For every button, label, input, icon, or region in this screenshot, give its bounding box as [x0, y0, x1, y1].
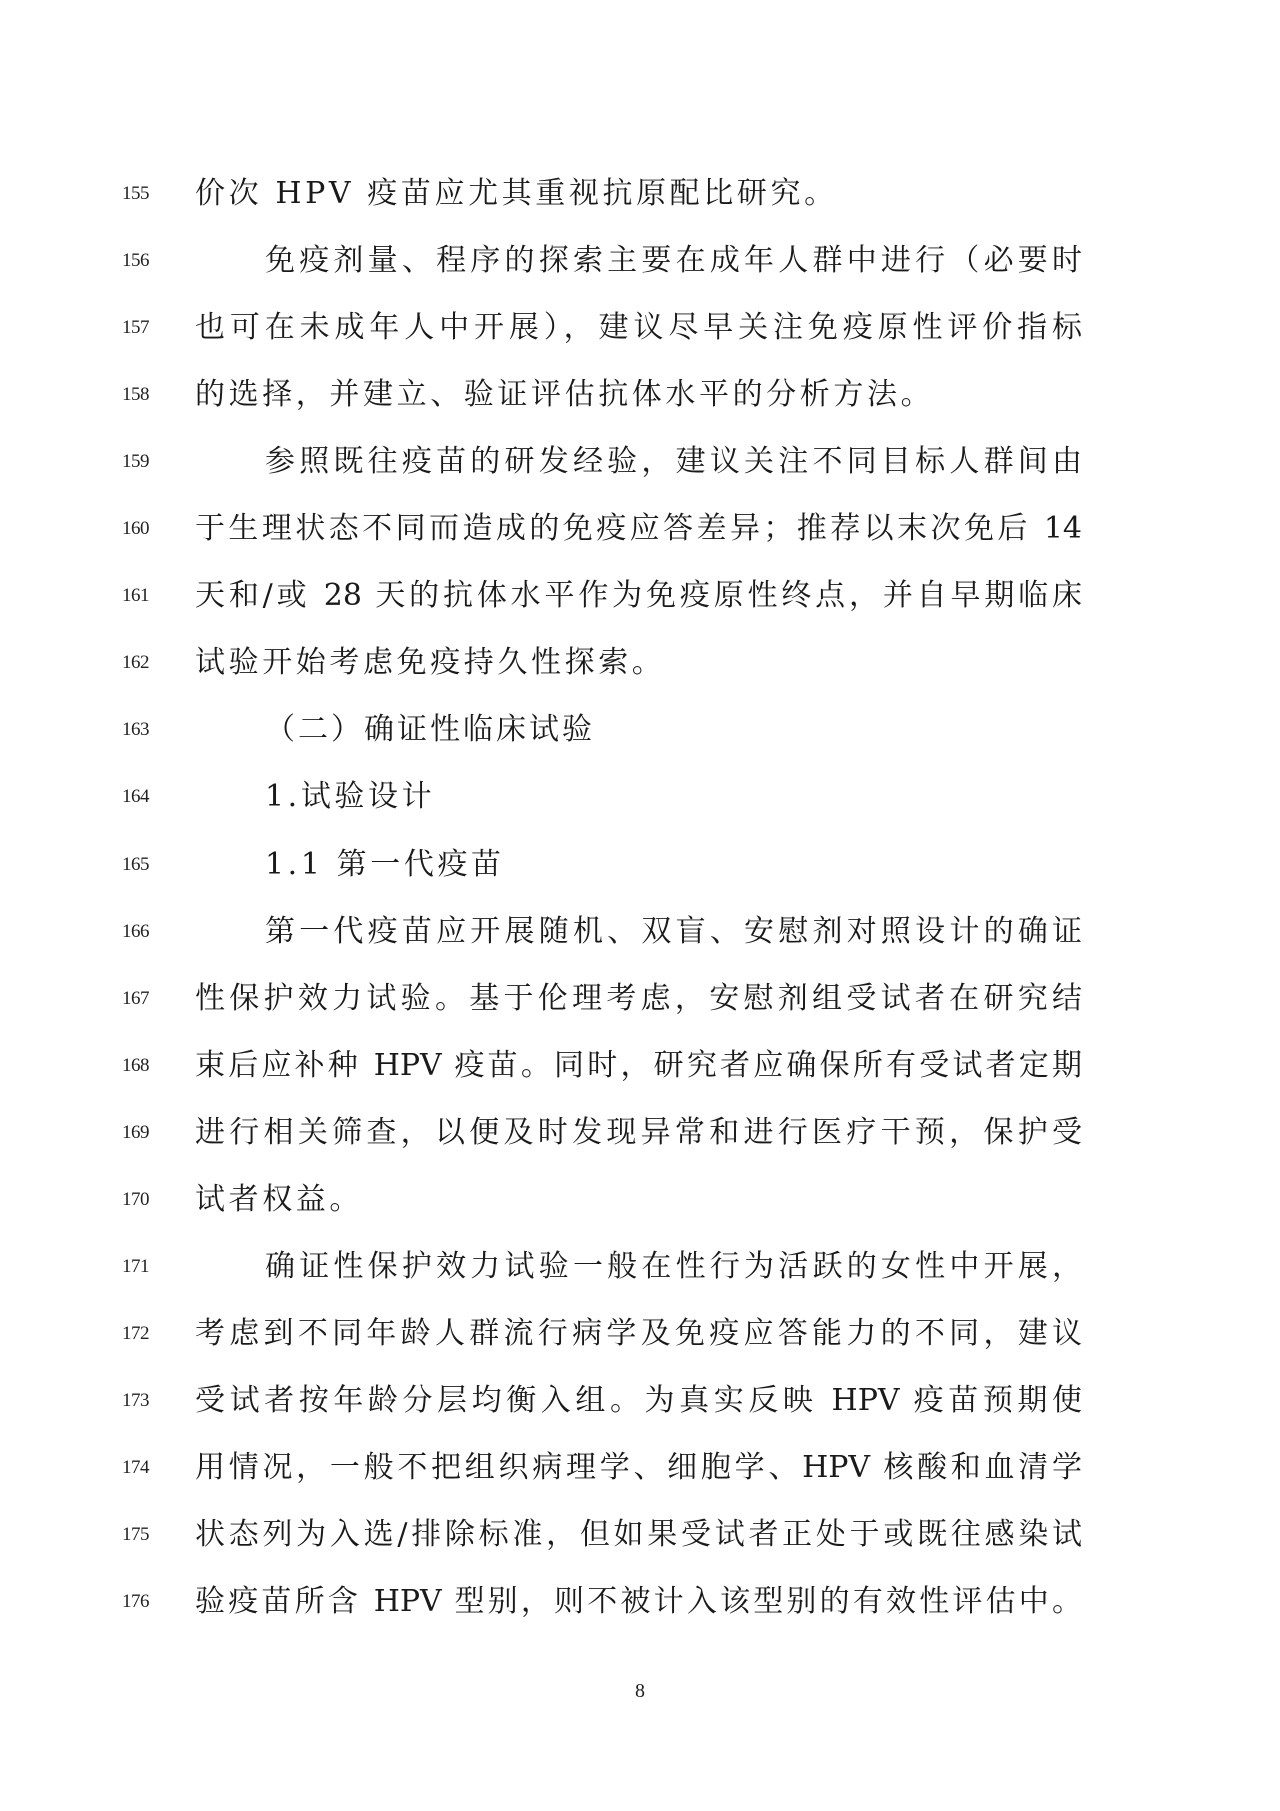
line-text: 状态列为入选/排除标准，但如果受试者正处于或既往感染试	[195, 1501, 1082, 1568]
line-number: 161	[122, 562, 162, 629]
line-text: 确证性保护效力试验一般在性行为活跃的女性中开展，	[265, 1233, 1082, 1300]
line-text: 进行相关筛查，以便及时发现异常和进行医疗干预，保护受	[195, 1099, 1082, 1166]
document-line: 1641.试验设计	[0, 763, 1280, 830]
document-line: 173受试者按年龄分层均衡入组。为真实反映 HPV 疫苗预期使	[0, 1367, 1280, 1434]
line-number: 173	[122, 1367, 162, 1434]
line-text: 价次 HPV 疫苗应尤其重视抗原配比研究。	[195, 160, 1095, 227]
line-text: 的选择，并建立、验证评估抗体水平的分析方法。	[195, 361, 1095, 428]
document-line: 166第一代疫苗应开展随机、双盲、安慰剂对照设计的确证	[0, 898, 1280, 965]
document-line: 174用情况，一般不把组织病理学、细胞学、HPV 核酸和血清学	[0, 1434, 1280, 1501]
page-number: 8	[0, 1680, 1280, 1703]
line-text: 用情况，一般不把组织病理学、细胞学、HPV 核酸和血清学	[195, 1434, 1082, 1501]
document-line: 175状态列为入选/排除标准，但如果受试者正处于或既往感染试	[0, 1501, 1280, 1568]
document-line: 167性保护效力试验。基于伦理考虑，安慰剂组受试者在研究结	[0, 965, 1280, 1032]
line-number: 174	[122, 1434, 162, 1501]
line-text: 试者权益。	[195, 1166, 1095, 1233]
document-line: 156免疫剂量、程序的探索主要在成年人群中进行（必要时	[0, 227, 1280, 294]
line-number: 160	[122, 495, 162, 562]
document-line: 157也可在未成年人中开展），建议尽早关注免疫原性评价指标	[0, 294, 1280, 361]
line-number: 159	[122, 428, 162, 495]
document-line: 159参照既往疫苗的研发经验，建议关注不同目标人群间由	[0, 428, 1280, 495]
document-line: 1651.1 第一代疫苗	[0, 831, 1280, 898]
line-text: 于生理状态不同而造成的免疫应答差异；推荐以末次免后 14	[195, 495, 1082, 562]
line-text: 受试者按年龄分层均衡入组。为真实反映 HPV 疫苗预期使	[195, 1367, 1082, 1434]
line-number: 158	[122, 361, 162, 428]
line-number: 157	[122, 294, 162, 361]
line-number: 163	[122, 696, 162, 763]
line-number: 164	[122, 763, 162, 830]
line-number: 156	[122, 227, 162, 294]
document-line: 169进行相关筛查，以便及时发现异常和进行医疗干预，保护受	[0, 1099, 1280, 1166]
line-text: 天和/或 28 天的抗体水平作为免疫原性终点，并自早期临床	[195, 562, 1082, 629]
line-number: 168	[122, 1032, 162, 1099]
document-page: 155价次 HPV 疫苗应尤其重视抗原配比研究。156免疫剂量、程序的探索主要在…	[0, 0, 1280, 1811]
document-line: 160于生理状态不同而造成的免疫应答差异；推荐以末次免后 14	[0, 495, 1280, 562]
line-text: 束后应补种 HPV 疫苗。同时，研究者应确保所有受试者定期	[195, 1032, 1082, 1099]
line-number: 169	[122, 1099, 162, 1166]
document-line: 161天和/或 28 天的抗体水平作为免疫原性终点，并自早期临床	[0, 562, 1280, 629]
document-line: 171确证性保护效力试验一般在性行为活跃的女性中开展，	[0, 1233, 1280, 1300]
document-line: 155价次 HPV 疫苗应尤其重视抗原配比研究。	[0, 160, 1280, 227]
line-text: 1.试验设计	[265, 763, 1165, 830]
document-line: 172考虑到不同年龄人群流行病学及免疫应答能力的不同，建议	[0, 1300, 1280, 1367]
document-line: 170试者权益。	[0, 1166, 1280, 1233]
line-text: 第一代疫苗应开展随机、双盲、安慰剂对照设计的确证	[265, 898, 1082, 965]
line-text: 也可在未成年人中开展），建议尽早关注免疫原性评价指标	[195, 294, 1082, 361]
line-number: 155	[122, 160, 162, 227]
document-line: 168束后应补种 HPV 疫苗。同时，研究者应确保所有受试者定期	[0, 1032, 1280, 1099]
line-text: 性保护效力试验。基于伦理考虑，安慰剂组受试者在研究结	[195, 965, 1082, 1032]
line-text: 1.1 第一代疫苗	[265, 831, 1165, 898]
line-text: 免疫剂量、程序的探索主要在成年人群中进行（必要时	[265, 227, 1082, 294]
section-heading: （二）确证性临床试验	[265, 696, 1165, 763]
document-line: 158的选择，并建立、验证评估抗体水平的分析方法。	[0, 361, 1280, 428]
line-number: 172	[122, 1300, 162, 1367]
line-number: 176	[122, 1568, 162, 1635]
line-number: 167	[122, 965, 162, 1032]
line-number: 171	[122, 1233, 162, 1300]
line-number: 170	[122, 1166, 162, 1233]
line-number: 165	[122, 831, 162, 898]
document-line: 162试验开始考虑免疫持久性探索。	[0, 629, 1280, 696]
document-line: 163（二）确证性临床试验	[0, 696, 1280, 763]
line-text: 参照既往疫苗的研发经验，建议关注不同目标人群间由	[265, 428, 1082, 495]
line-number: 162	[122, 629, 162, 696]
line-text: 试验开始考虑免疫持久性探索。	[195, 629, 1095, 696]
line-text: 考虑到不同年龄人群流行病学及免疫应答能力的不同，建议	[195, 1300, 1082, 1367]
line-number: 166	[122, 898, 162, 965]
line-number: 175	[122, 1501, 162, 1568]
document-line: 176验疫苗所含 HPV 型别，则不被计入该型别的有效性评估中。	[0, 1568, 1280, 1635]
line-text: 验疫苗所含 HPV 型别，则不被计入该型别的有效性评估中。	[195, 1568, 1082, 1635]
